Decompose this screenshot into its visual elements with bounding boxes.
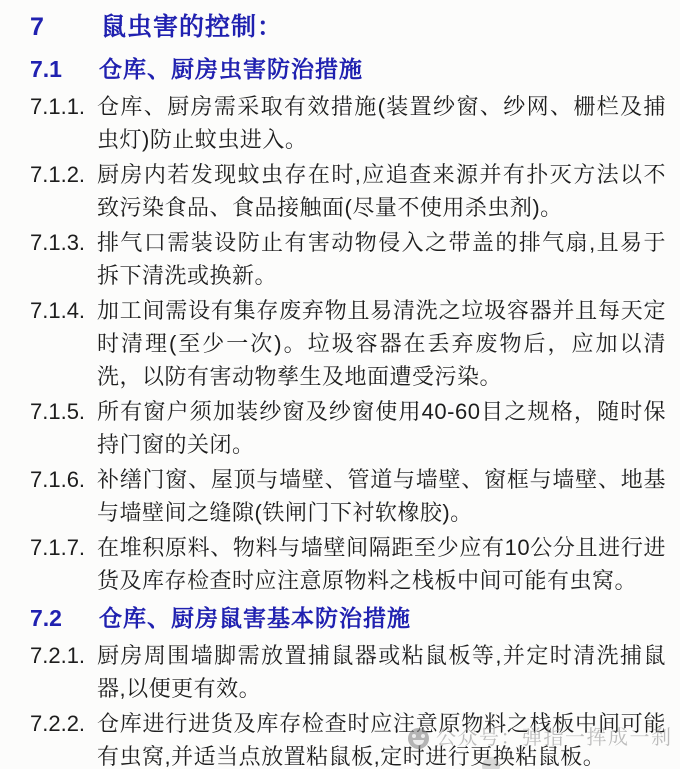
clause-text: 所有窗户须加装纱窗及纱窗使用40-60目之规格，随时保持门窗的关闭。 (97, 395, 666, 461)
clause-7-1-5: 7.1.5. 所有窗户须加装纱窗及纱窗使用40-60目之规格，随时保持门窗的关闭… (30, 395, 666, 461)
clause-text: 仓库、厨房需采取有效措施(装置纱窗、纱网、栅栏及捕虫灯)防止蚊虫进入。 (97, 90, 666, 156)
clause-number: 7.1.3. (30, 226, 97, 259)
section-title-7: 7 鼠虫害的控制： (30, 7, 666, 47)
clause-text: 在堆积原料、物料与墙壁间隔距至少应有10公分且进行进货及库存检查时应注意原物料之… (97, 531, 666, 597)
clause-7-1-4: 7.1.4. 加工间需设有集存废弃物且易清洗之垃圾容器并且每天定时清理(至少一次… (30, 294, 666, 393)
section-number: 7.2 (30, 599, 99, 637)
clause-number: 7.2.2. (30, 707, 97, 740)
section-number: 7.1 (30, 50, 99, 88)
document-page: 7 鼠虫害的控制： 7.1 仓库、厨房虫害防治措施 7.1.1. 仓库、厨房需采… (0, 0, 680, 769)
clause-7-1-2: 7.1.2. 厨房内若发现蚊虫存在时,应追查来源并有扑灭方法以不致污染食品、食品… (30, 158, 666, 224)
clause-text: 厨房内若发现蚊虫存在时,应追查来源并有扑灭方法以不致污染食品、食品接触面(尽量不… (97, 158, 666, 224)
clause-text: 加工间需设有集存废弃物且易清洗之垃圾容器并且每天定时清理(至少一次)。垃圾容器在… (97, 294, 666, 393)
clause-7-1-6: 7.1.6. 补缮门窗、屋顶与墙壁、管道与墙壁、窗框与墙壁、地基与墙壁间之缝隙(… (30, 463, 666, 529)
clause-7-2-1: 7.2.1. 厨房周围墙脚需放置捕鼠器或粘鼠板等,并定时清洗捕鼠器,以便更有效。 (30, 639, 666, 705)
clause-number: 7.1.1. (30, 90, 97, 123)
clause-number: 7.1.4. (30, 294, 97, 327)
clause-7-2-2: 7.2.2. 仓库进行进货及库存检查时应注意原物料之栈板中间可能有虫窝,并适当点… (30, 707, 666, 769)
section-heading-text: 仓库、厨房鼠害基本防治措施 (99, 599, 666, 637)
clause-text: 仓库进行进货及库存检查时应注意原物料之栈板中间可能有虫窝,并适当点放置粘鼠板,定… (97, 707, 666, 769)
clause-text: 排气口需装设防止有害动物侵入之带盖的排气扇,且易于拆下清洗或换新。 (97, 226, 666, 292)
clause-number: 7.1.7. (30, 531, 97, 564)
clause-number: 7.2.1. (30, 639, 97, 672)
section-number: 7 (30, 7, 101, 47)
clause-number: 7.1.5. (30, 395, 97, 428)
section-title-text: 鼠虫害的控制： (101, 7, 666, 47)
clause-text: 厨房周围墙脚需放置捕鼠器或粘鼠板等,并定时清洗捕鼠器,以便更有效。 (97, 639, 666, 705)
section-heading-7-1: 7.1 仓库、厨房虫害防治措施 (30, 50, 666, 88)
clause-number: 7.1.2. (30, 158, 97, 191)
section-heading-7-2: 7.2 仓库、厨房鼠害基本防治措施 (30, 599, 666, 637)
section-heading-text: 仓库、厨房虫害防治措施 (99, 50, 666, 88)
clause-7-1-7: 7.1.7. 在堆积原料、物料与墙壁间隔距至少应有10公分且进行进货及库存检查时… (30, 531, 666, 597)
clause-number: 7.1.6. (30, 463, 97, 496)
clause-7-1-1: 7.1.1. 仓库、厨房需采取有效措施(装置纱窗、纱网、栅栏及捕虫灯)防止蚊虫进… (30, 90, 666, 156)
clause-7-1-3: 7.1.3. 排气口需装设防止有害动物侵入之带盖的排气扇,且易于拆下清洗或换新。 (30, 226, 666, 292)
clause-text: 补缮门窗、屋顶与墙壁、管道与墙壁、窗框与墙壁、地基与墙壁间之缝隙(铁闸门下衬软橡… (97, 463, 666, 529)
